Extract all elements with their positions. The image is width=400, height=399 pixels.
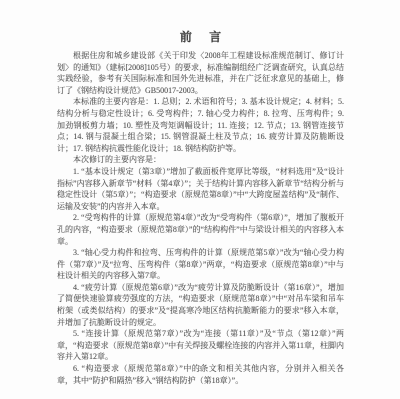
preface-body: 根据住房和城乡建设部《关于印发〈2008年工程建设标准规范制订、修订计划〉的通知…	[57, 50, 344, 386]
paragraph-revision-item-4: 4. “疲劳计算（原规范第6章）”改为“疲劳计算及防脆断设计（第16章）”，增加…	[57, 282, 344, 328]
paragraph-revision-item-3: 3. “轴心受力构件和拉弯、压弯构件的计算（原规范第5章）”改为“轴心受力构件（…	[57, 247, 344, 282]
page-number: 3	[0, 364, 400, 373]
paragraph-revision-item-1: 1. “基本设计规定（第3章）”增加了截面板件宽厚比等级，“材料选用”及“设计指…	[57, 166, 344, 212]
paragraph-intro: 根据住房和城乡建设部《关于印发〈2008年工程建设标准规范制订、修订计划〉的通知…	[57, 50, 344, 96]
document-page: 前 言 根据住房和城乡建设部《关于印发〈2008年工程建设标准规范制订、修订计划…	[0, 0, 400, 399]
paragraph-revision-item-2: 2. “受弯构件的计算（原规范第4章）”改为“受弯构件（第6章）”，增加了腹板开…	[57, 212, 344, 247]
paragraph-main-content: 本标准的主要内容是：1. 总则；2. 术语和符号；3. 基本设计规定；4. 材料…	[57, 96, 344, 154]
paragraph-revision-item-5: 5. “连接计算（原规范第7章）”改为“连接（第11章）”及“节点（第12章）”…	[57, 328, 344, 363]
page-title: 前 言	[57, 28, 344, 45]
paragraph-revision-lead: 本次修订的主要内容是：	[57, 154, 344, 166]
